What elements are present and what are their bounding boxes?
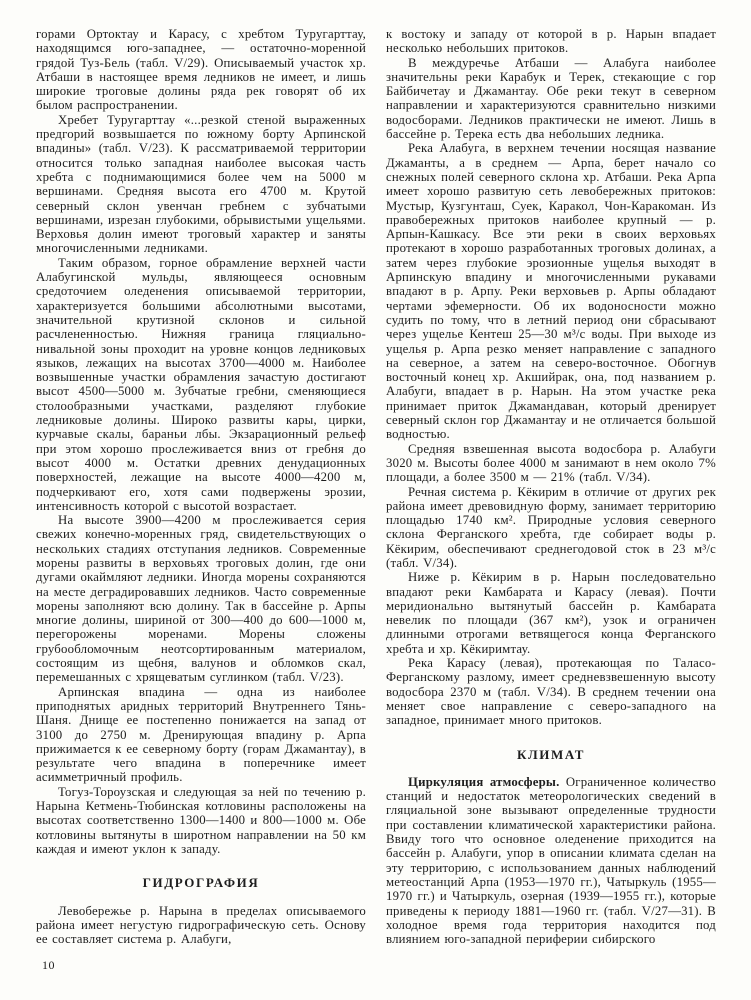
run-in-heading: Циркуляция атмосферы. — [408, 775, 560, 789]
left-column: горами Ортоктау и Карасу, с хребтом Туру… — [36, 27, 366, 973]
paragraph: Арпинская впадина — одна из наиболее при… — [36, 685, 366, 785]
book-page: горами Ортоктау и Карасу, с хребтом Туру… — [0, 0, 751, 1000]
paragraph: Река Карасу (левая), протекающая по Тала… — [386, 656, 716, 727]
section-heading-climate: КЛИМАТ — [386, 748, 716, 762]
paragraph: Средняя взвешенная высота водосбора р. А… — [386, 442, 716, 485]
paragraph: Хребет Туругарттау «...резкой стеной выр… — [36, 113, 366, 256]
paragraph: Тогуз-Тороузская и следующая за ней по т… — [36, 785, 366, 856]
paragraph: На высоте 3900—4200 м прослеживается сер… — [36, 513, 366, 685]
right-column: к востоку и западу от которой в р. Нарын… — [386, 27, 716, 973]
paragraph: Ниже р. Кёкирим в р. Нарын последователь… — [386, 570, 716, 656]
paragraph: Циркуляция атмосферы. Ограниченное колич… — [386, 775, 716, 947]
paragraph: Левобережье р. Нарына в пределах описыва… — [36, 904, 366, 947]
paragraph: Речная система р. Кёкирим в отличие от д… — [386, 485, 716, 571]
two-column-layout: горами Ортоктау и Карасу, с хребтом Туру… — [36, 27, 715, 973]
paragraph: В междуречье Атбаши — Алабуга наиболее з… — [386, 56, 716, 142]
paragraph: Таким образом, горное обрамление верхней… — [36, 256, 366, 513]
page-number: 10 — [42, 958, 366, 972]
section-heading-hydrography: ГИДРОГРАФИЯ — [36, 876, 366, 890]
paragraph: к востоку и западу от которой в р. Нарын… — [386, 27, 716, 56]
paragraph: горами Ортоктау и Карасу, с хребтом Туру… — [36, 27, 366, 113]
paragraph-text: Ограниченное количество станций и недост… — [386, 775, 716, 946]
paragraph: Река Алабуга, в верхнем течении носящая … — [386, 141, 716, 441]
